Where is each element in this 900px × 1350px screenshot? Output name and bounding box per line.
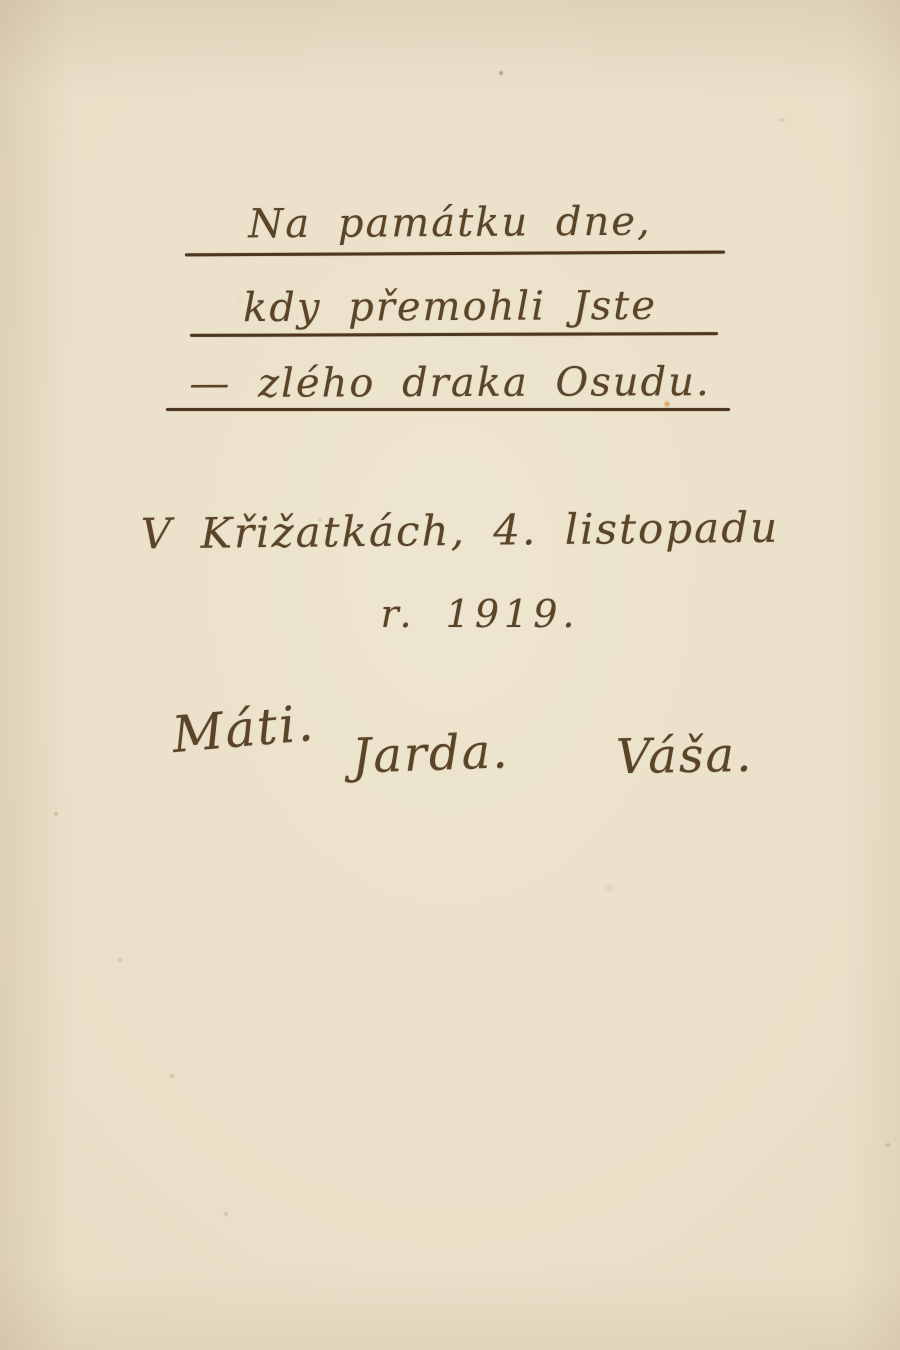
signature-vasa: Váša. (616, 727, 754, 785)
dateline-place: V Křižatkách, 4. listopadu (90, 502, 830, 559)
underline-3 (166, 408, 730, 411)
dedication-line-1: Na památku dne, (150, 198, 750, 248)
manuscript-page: Na památku dne, kdy přemohli Jste — zléh… (0, 0, 900, 1350)
dateline-year: r. 1919. (300, 592, 660, 636)
dedication-line-3: — zlého draka Osudu. (150, 359, 750, 407)
dedication-line-2: kdy přemohli Jste (150, 282, 750, 331)
signature-mati: Máti. (170, 694, 317, 764)
signature-jarda: Jarda. (351, 723, 510, 784)
underline-1 (185, 251, 725, 257)
underline-2 (190, 332, 718, 337)
